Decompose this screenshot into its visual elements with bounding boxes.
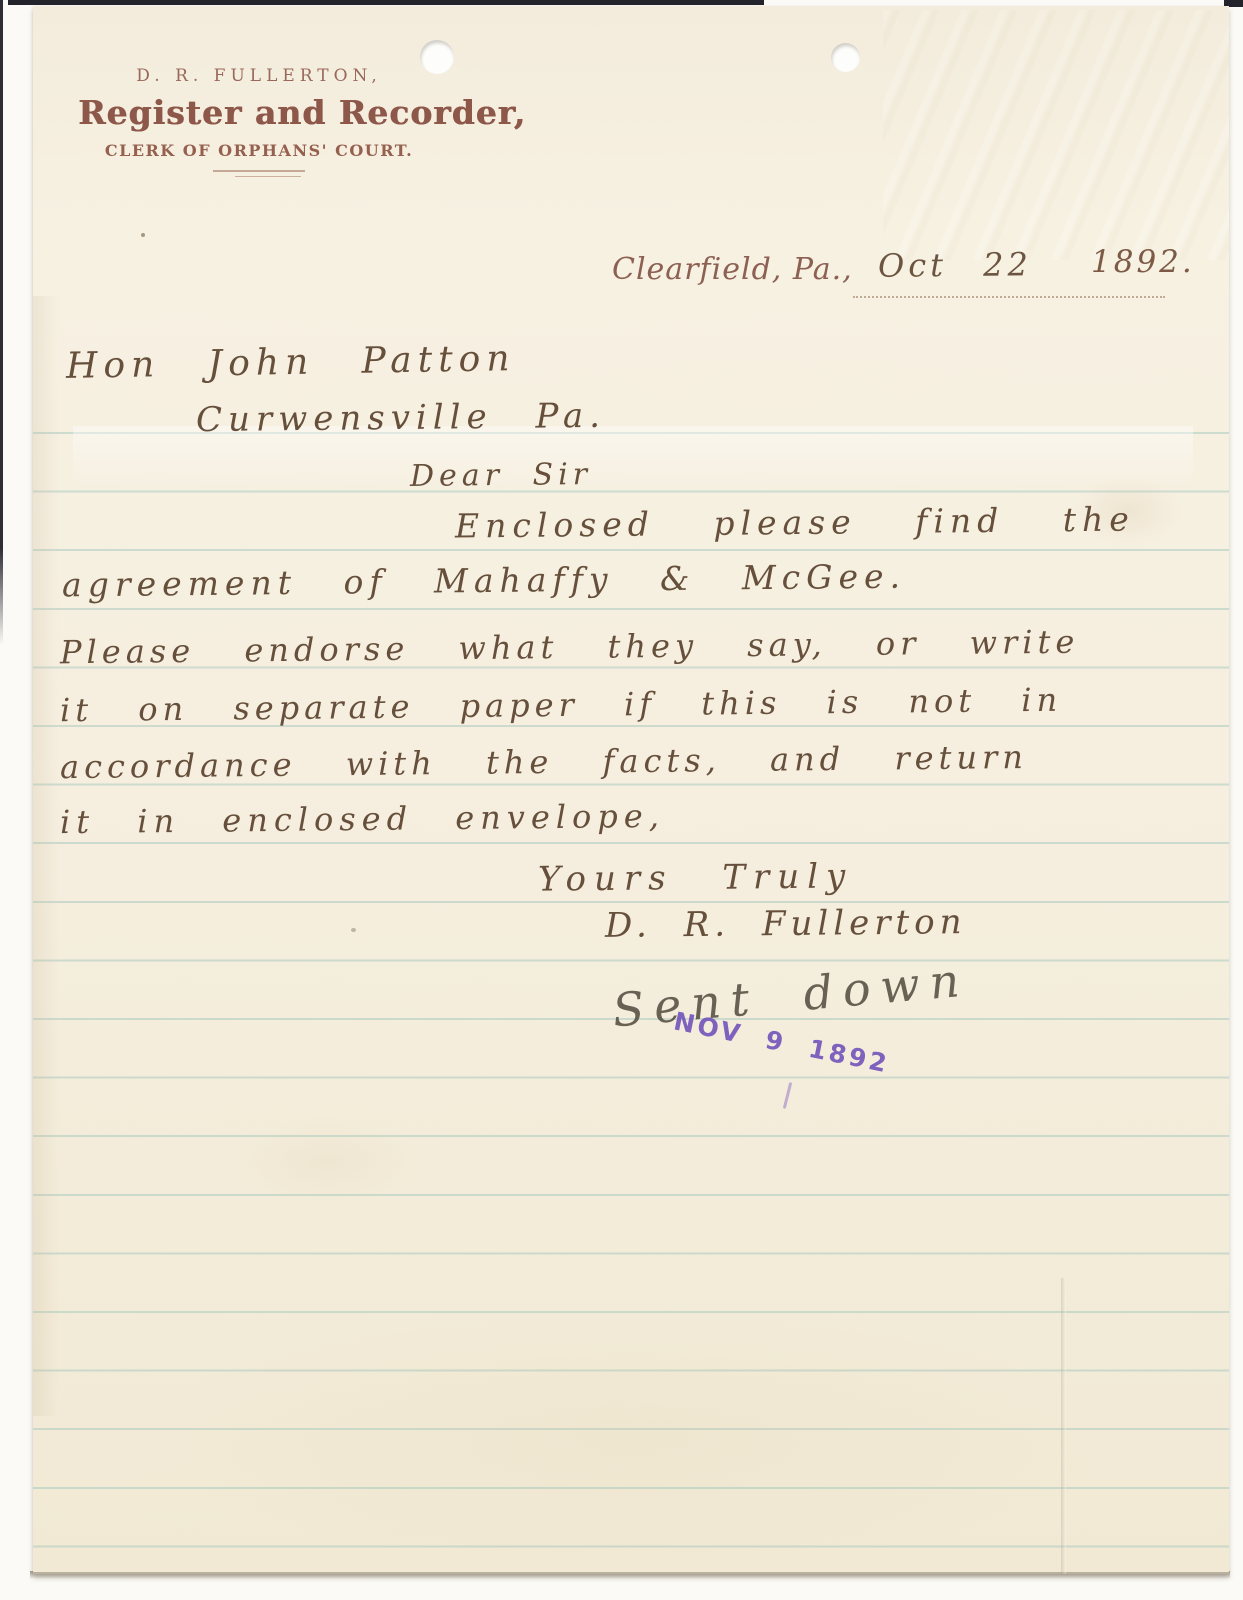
valediction: Yours Truly [538,856,854,899]
recipient-line-1: Hon John Patton [66,338,516,387]
body-line: Enclosed please find the [455,499,1135,545]
dateline-place: Clearfield, Pa., [612,252,853,287]
paper-edge-shade [33,296,59,1416]
letterhead: D. R. FULLERTON, Register and Recorder, … [78,66,440,177]
dateline-date: Oct 22 [878,245,1032,285]
letterhead-suboffice: CLERK OF ORPHANS' COURT. [78,141,440,160]
scan-edge-top [8,0,764,5]
recipient-line-2: Curwensville Pa. [196,396,606,440]
dateline-year: 1892. [1091,244,1195,280]
body-line: it in enclosed envelope, [60,797,665,841]
letter-paper: D. R. FULLERTON, Register and Recorder, … [33,6,1229,1574]
paper-stain [153,1306,1113,1566]
letterhead-office: Register and Recorder, [78,93,440,132]
scan-edge-left [0,0,3,645]
paper-speck [351,928,356,932]
signature: D. R. Fullerton [605,902,967,946]
paper-speck [141,233,145,237]
letterhead-flourish [213,170,305,177]
dateline-underline [853,296,1165,298]
salutation: Dear Sir [410,457,592,494]
letterhead-name: D. R. FULLERTON, [78,66,440,86]
paper-stain [233,1116,423,1206]
punch-hole-right [831,43,860,72]
paper-wrinkle [883,10,1229,260]
